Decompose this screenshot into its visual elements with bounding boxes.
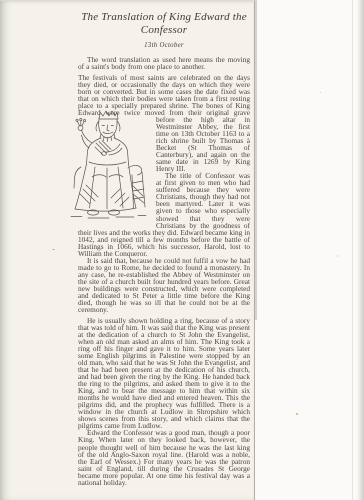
page-title: The Translation of King Edward the Confe… (78, 11, 250, 36)
book-page: The Translation of King Edward the Confe… (0, 0, 255, 500)
paragraph-festivals: The festivals of most saints are celebra… (78, 74, 250, 173)
entry-date: 13th October (78, 42, 250, 49)
paper-speck (52, 249, 55, 250)
king-edward-woodcut-illustration (62, 108, 152, 221)
paper-speck (296, 413, 298, 415)
facing-page-margin (255, 0, 364, 500)
paragraph-festivals-part1: The festivals of most saints are celebra… (78, 73, 250, 124)
paper-speck (320, 92, 321, 93)
page-fold-line (255, 0, 257, 320)
title-line-1: The Translation of King Edward the (78, 11, 250, 24)
paragraph-ring-story: He is usually shown holding a ring, beca… (78, 317, 250, 430)
paper-speck (337, 255, 338, 257)
paragraph-vow: It is said that, because he could not fu… (78, 257, 250, 313)
title-line-2: Confessor (78, 24, 250, 37)
scan-top-edge (0, 0, 255, 2)
page-content: The Translation of King Edward the Confe… (78, 8, 250, 486)
paragraph-festivals-part2: Westminster Abbey, the first time on 13t… (156, 122, 250, 173)
paragraph-legacy: Edward the Confessor was a good man, tho… (78, 429, 250, 485)
scan-right-edge (357, 0, 364, 500)
paragraph-intro: The word translation as used here means … (78, 56, 250, 70)
facing-page-edge-line (352, 0, 353, 500)
